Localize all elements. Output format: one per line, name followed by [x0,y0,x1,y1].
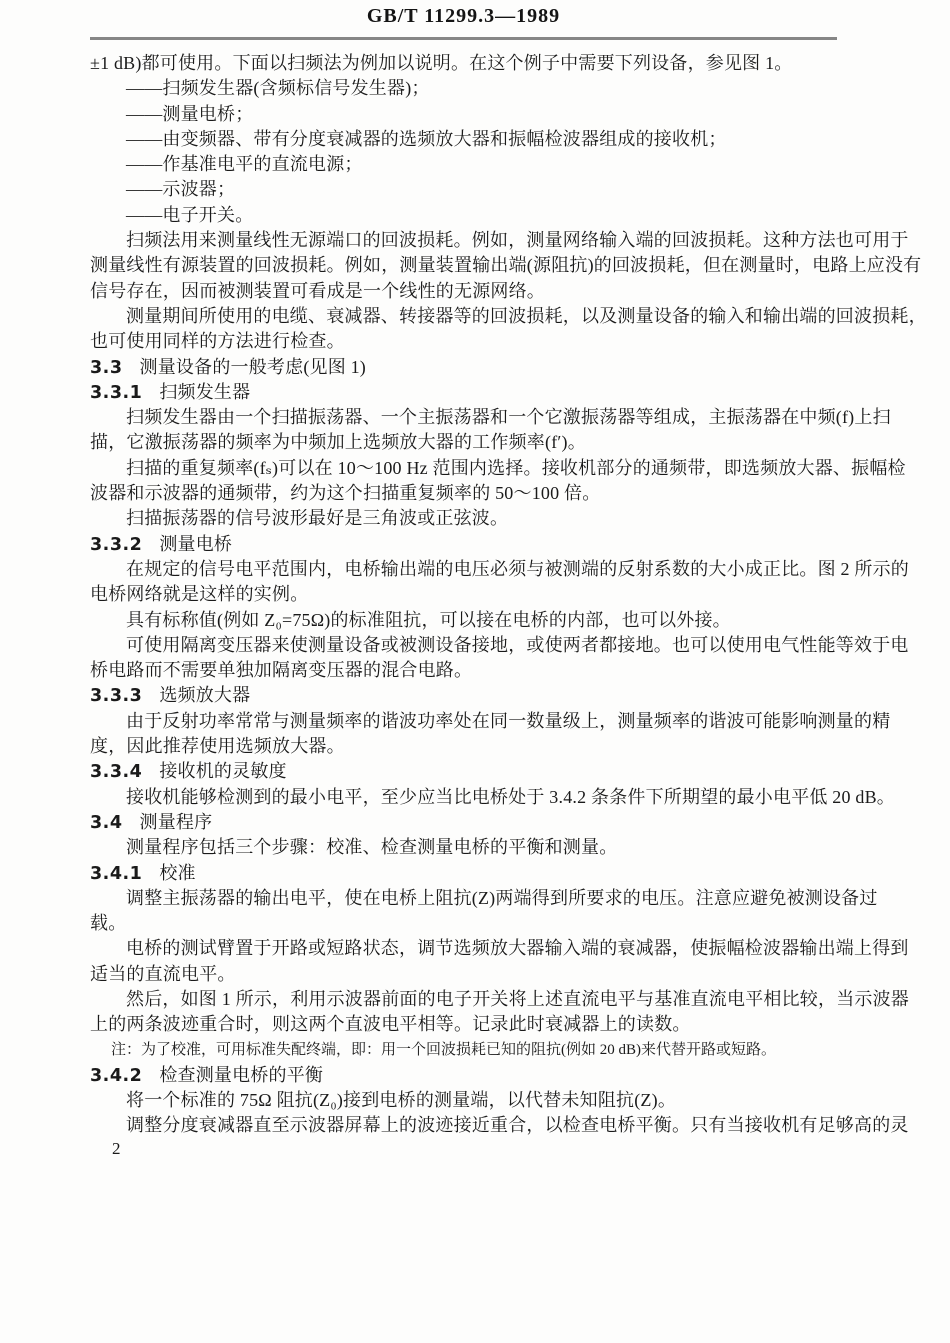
text-line: 信号存在，因而被测装置可看成是一个线性的无源网络。 [90,279,876,304]
heading-number: 3.4.2 [90,1066,142,1086]
text-line: 可使用隔离变压器来使测量设备或被测设备接地，或使两者都接地。也可以使用电气性能等… [90,633,876,658]
heading-number: 3.4.1 [90,864,142,884]
text-line: 扫频法用来测量线性无源端口的回波损耗。例如，测量网络输入端的回波损耗。这种方法也… [90,228,876,253]
text-line: 将一个标准的 75Ω 阻抗(Z₀)接到电桥的测量端，以代替未知阻抗(Z)。 [90,1088,876,1113]
text-line: 由于反射功率常常与测量频率的谐波功率处在同一数量级上，测量频率的谐波可能影响测量… [90,709,876,734]
heading-title: 扫频发生器 [159,382,250,402]
section-heading: 3.3.2测量电桥 [90,532,876,557]
text-line: 电桥网络就是这样的实例。 [90,582,876,607]
text-line: 扫描振荡器的信号波形最好是三角波或正弦波。 [90,506,876,531]
list-item-line: ——扫频发生器(含频标信号发生器)； [90,76,876,101]
doc-number-header: GB/T 11299.3—1989 [90,5,837,28]
text-line: 调整主振荡器的输出电平，使在电桥上阻抗(Z)两端得到所要求的电压。注意应避免被测… [90,886,876,911]
section-heading: 3.4.1校准 [90,861,876,886]
heading-title: 检查测量电桥的平衡 [159,1065,323,1085]
text-line: 具有标称值(例如 Z₀=75Ω)的标准阻抗，可以接在电桥的内部，也可以外接。 [90,608,876,633]
text-line: 上的两条波迹重合时，则这两个直波电平相等。记录此时衰减器上的读数。 [90,1012,876,1037]
text-line: 然后，如图 1 所示，利用示波器前面的电子开关将上述直流电平与基准直流电平相比较… [90,987,876,1012]
text-line: 桥电路而不需要单独加隔离变压器的混合电路。 [90,658,876,683]
note-line: 注：为了校准，可用标准失配终端，即：用一个回波损耗已知的阻抗(例如 20 dB)… [90,1038,876,1063]
text-line: 扫描的重复频率(fₛ)可以在 10～100 Hz 范围内选择。接收机部分的通频带… [90,456,876,481]
text-line: 载。 [90,911,876,936]
heading-title: 测量设备的一般考虑(见图 1) [140,357,367,377]
list-item-line: ——电子开关。 [90,203,876,228]
heading-number: 3.3.3 [90,686,142,706]
heading-number: 3.3 [90,358,123,378]
heading-title: 测量程序 [140,812,213,832]
list-item-line: ——作基准电平的直流电源； [90,152,876,177]
section-heading: 3.3.4接收机的灵敏度 [90,759,876,784]
list-item-line: ——由变频器、带有分度衰减器的选频放大器和振幅检波器组成的接收机； [90,127,876,152]
text-line: 描，它激振荡器的频率为中频加上选频放大器的工作频率(f′)。 [90,430,876,455]
heading-number: 3.3.4 [90,762,142,782]
section-heading: 3.3测量设备的一般考虑(见图 1) [90,355,876,380]
list-item-line: ——测量电桥； [90,102,876,127]
list-item-line: ——示波器； [90,177,876,202]
section-heading: 3.3.1扫频发生器 [90,380,876,405]
heading-number: 3.4 [90,813,123,833]
text-line: 适当的直流电平。 [90,962,876,987]
text-line: 电桥的测试臂置于开路或短路状态，调节选频放大器输入端的衰减器，使振幅检波器输出端… [90,936,876,961]
section-heading: 3.3.3选频放大器 [90,683,876,708]
text-line: 调整分度衰减器直至示波器屏幕上的波迹接近重合，以检查电桥平衡。只有当接收机有足够… [90,1113,876,1138]
document-page: GB/T 11299.3—1989 ±1 dB)都可使用。下面以扫频法为例加以说… [0,0,950,1343]
text-line: 接收机能够检测到的最小电平，至少应当比电桥处于 3.4.2 条条件下所期望的最小… [90,785,876,810]
text-line: 度，因此推荐使用选频放大器。 [90,734,876,759]
text-line: ±1 dB)都可使用。下面以扫频法为例加以说明。在这个例子中需要下列设备，参见图… [90,51,876,76]
text-line: 在规定的信号电平范围内，电桥输出端的电压必须与被测端的反射系数的大小成正比。图 … [90,557,876,582]
heading-title: 接收机的灵敏度 [159,761,286,781]
text-line: 测量线性有源装置的回波损耗。例如，测量装置输出端(源阻抗)的回波损耗，但在测量时… [90,253,876,278]
text-line: 也可使用同样的方法进行检查。 [90,329,876,354]
document-body: ±1 dB)都可使用。下面以扫频法为例加以说明。在这个例子中需要下列设备，参见图… [90,51,876,1139]
page-number: 2 [112,1136,121,1161]
heading-title: 测量电桥 [159,534,232,554]
heading-title: 校准 [159,863,195,883]
heading-title: 选频放大器 [159,685,250,705]
text-line: 波器和示波器的通频带，约为这个扫描重复频率的 50～100 倍。 [90,481,876,506]
heading-number: 3.3.1 [90,383,142,403]
section-heading: 3.4测量程序 [90,810,876,835]
text-line: 扫频发生器由一个扫描振荡器、一个主振荡器和一个它激振荡器等组成，主振荡器在中频(… [90,405,876,430]
header-rule [90,37,837,40]
text-line: 测量程序包括三个步骤：校准、检查测量电桥的平衡和测量。 [90,835,876,860]
section-heading: 3.4.2检查测量电桥的平衡 [90,1063,876,1088]
text-line: 测量期间所使用的电缆、衰减器、转接器等的回波损耗，以及测量设备的输入和输出端的回… [90,304,876,329]
heading-number: 3.3.2 [90,535,142,555]
